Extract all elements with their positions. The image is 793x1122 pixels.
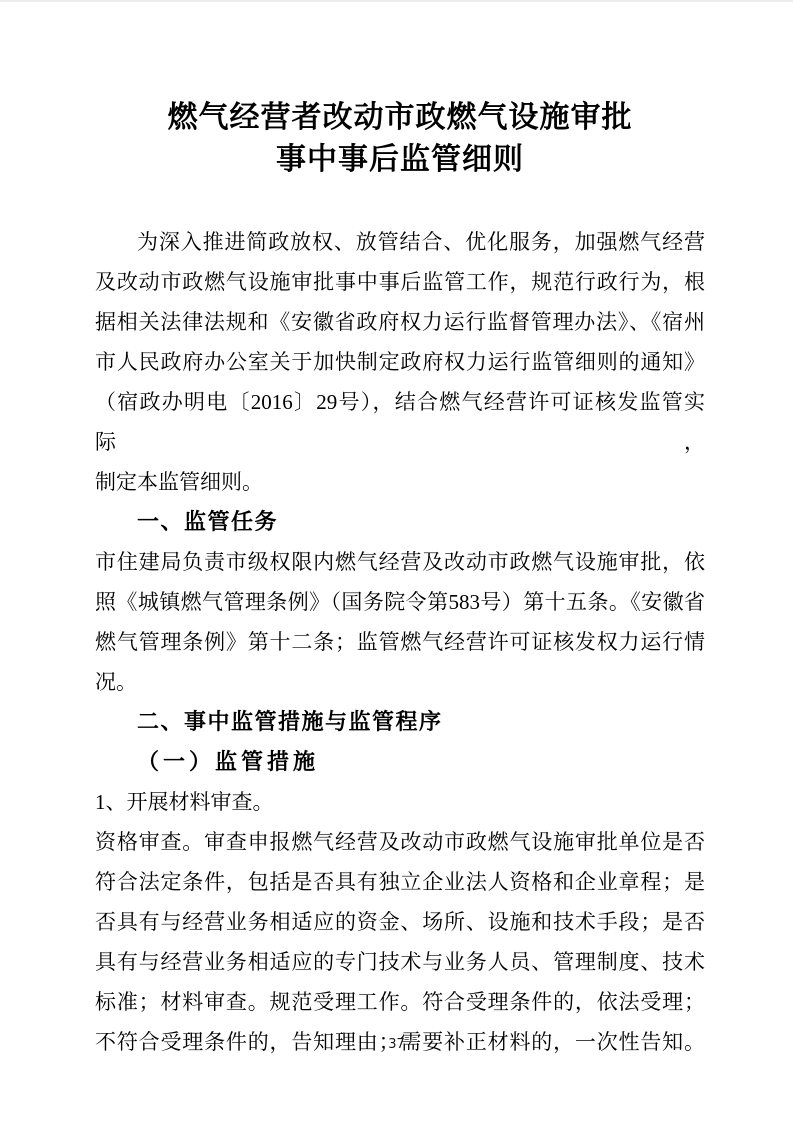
paragraph-qualification-review-line: 符合法定条件，包括是否具有独立企业法人资格和企业章程；是 — [95, 862, 705, 902]
subsection-heading-measures: （一）监管措施 — [95, 742, 705, 782]
paragraph-supervision-tasks-line: 燃气管理条例》第十二条；监管燃气经营许可证核发权力运行情 — [95, 622, 705, 662]
document-body: 为深入推进简政放权、放管结合、优化服务，加强燃气经营 及改动市政燃气设施审批事中… — [95, 222, 705, 1062]
document-title-line-1: 燃气经营者改动市政燃气设施审批 — [95, 97, 705, 139]
section-heading-1: 一、监管任务 — [95, 502, 705, 542]
paragraph-supervision-tasks-line: 市住建局负责市级权限内燃气经营及改动市政燃气设施审批，依 — [95, 542, 705, 582]
paragraph-supervision-tasks-line: 况。 — [95, 662, 705, 702]
paragraph-intro-line: 制定本监管细则。 — [95, 462, 705, 502]
paragraph-intro-line: 及改动市政燃气设施审批事中事后监管工作，规范行政行为，根 — [95, 262, 705, 302]
paragraph-intro-line: 市人民政府办公室关于加快制定政府权力运行监管细则的通知》 — [95, 342, 705, 382]
section-heading-2: 二、事中监管措施与监管程序 — [95, 702, 705, 742]
paragraph-qualification-review-line: 标准；材料审查。规范受理工作。符合受理条件的，依法受理； — [95, 982, 705, 1022]
document-title-line-2: 事中事后监管细则 — [95, 139, 705, 181]
page-number: 37 — [0, 1036, 793, 1054]
paragraph-supervision-tasks-line: 照《城镇燃气管理条例》（国务院令第583号）第十五条。《安徽省 — [95, 582, 705, 622]
paragraph-intro-line: 为深入推进简政放权、放管结合、优化服务，加强燃气经营 — [95, 222, 705, 262]
paragraph-intro-line: （宿政办明电〔2016〕29号），结合燃气经营许可证核发监管实际， — [95, 382, 705, 462]
document-title: 燃气经营者改动市政燃气设施审批 事中事后监管细则 — [95, 97, 705, 181]
paragraph-supervision-tasks: 市住建局负责市级权限内燃气经营及改动市政燃气设施审批，依 照《城镇燃气管理条例》… — [95, 542, 705, 702]
document-page: 燃气经营者改动市政燃气设施审批 事中事后监管细则 为深入推进简政放权、放管结合、… — [0, 0, 793, 1122]
paragraph-qualification-review-line: 具有与经营业务相适应的专门技术与业务人员、管理制度、技术 — [95, 942, 705, 982]
document-content: 燃气经营者改动市政燃气设施审批 事中事后监管细则 为深入推进简政放权、放管结合、… — [0, 97, 793, 1062]
paragraph-intro: 为深入推进简政放权、放管结合、优化服务，加强燃气经营 及改动市政燃气设施审批事中… — [95, 222, 705, 502]
list-item-material-review: 1、开展材料审查。 — [95, 782, 705, 822]
paragraph-intro-line: 据相关法律法规和《安徽省政府权力运行监督管理办法》、《宿州 — [95, 302, 705, 342]
paragraph-qualification-review-line: 否具有与经营业务相适应的资金、场所、设施和技术手段；是否 — [95, 902, 705, 942]
paragraph-qualification-review: 资格审查。审查申报燃气经营及改动市政燃气设施审批单位是否 符合法定条件，包括是否… — [95, 822, 705, 1062]
paragraph-qualification-review-line: 资格审查。审查申报燃气经营及改动市政燃气设施审批单位是否 — [95, 822, 705, 862]
page-top-divider — [0, 0, 793, 2]
